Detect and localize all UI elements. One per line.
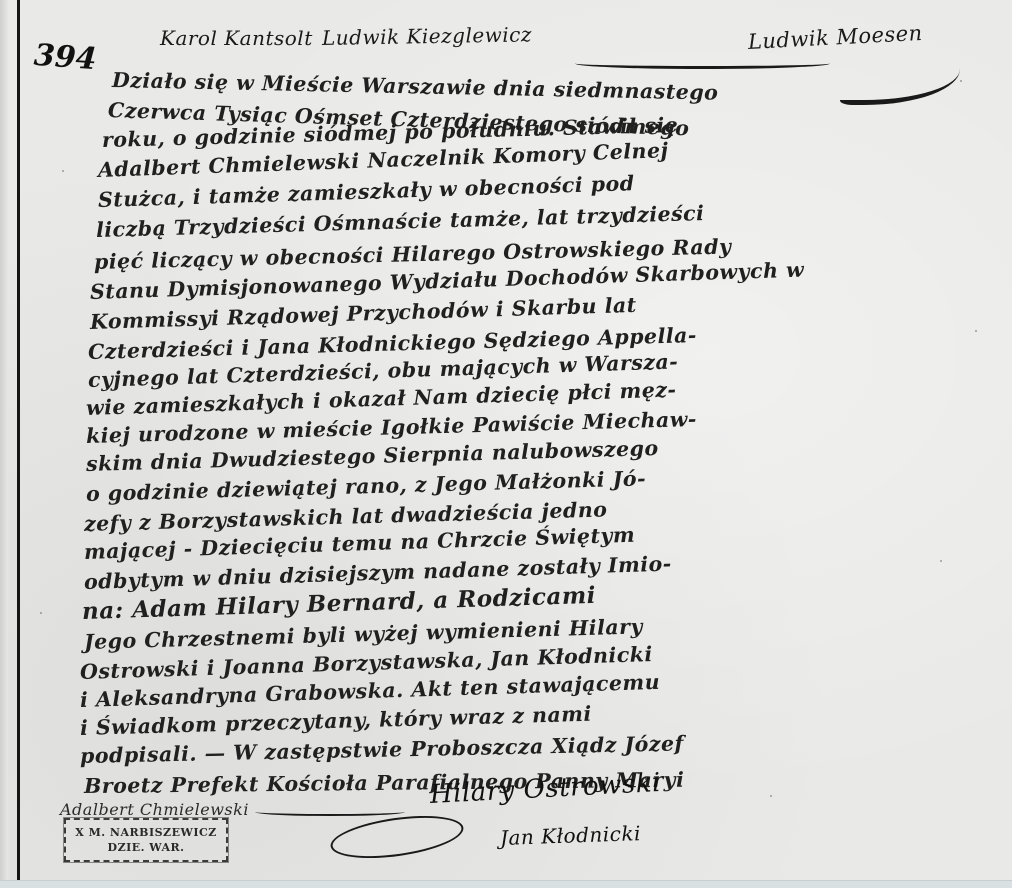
paper-speck	[975, 330, 977, 332]
scan-edge-shadow	[0, 0, 8, 880]
stamp-line-1: X M. NARBISZEWICZ	[66, 825, 226, 840]
entry-number: 394	[33, 38, 98, 77]
signature-left: Adalbert Chmielewski	[60, 800, 249, 819]
signature-center-bottom: Jan Kłodnicki	[500, 821, 642, 850]
signature-loop-flourish	[328, 809, 466, 865]
underline-flourish	[575, 58, 830, 69]
signature-underline	[255, 808, 405, 816]
stamp-line-2: DZIE. WAR.	[66, 840, 226, 855]
header-name-1: Karol Kantsolt	[160, 26, 313, 50]
left-margin-rule	[17, 0, 20, 880]
paper-speck	[940, 560, 942, 562]
header-name-3: Ludwik Moesen	[747, 21, 923, 54]
header-name-2: Ludwik Kiezglewicz	[322, 22, 532, 50]
viewer-bottom-edge	[0, 880, 1012, 888]
paper-speck	[960, 80, 962, 82]
signature-flourish	[840, 60, 960, 105]
scanned-document-page: Karol Kantsolt Ludwik Kiezglewicz Ludwik…	[0, 0, 1012, 880]
archive-stamp: X M. NARBISZEWICZ DZIE. WAR.	[64, 818, 228, 862]
body-line: Działo się w Mieście Warszawie dnia sied…	[112, 68, 719, 105]
paper-speck	[770, 795, 772, 797]
paper-speck	[62, 170, 64, 172]
paper-speck	[40, 612, 42, 614]
